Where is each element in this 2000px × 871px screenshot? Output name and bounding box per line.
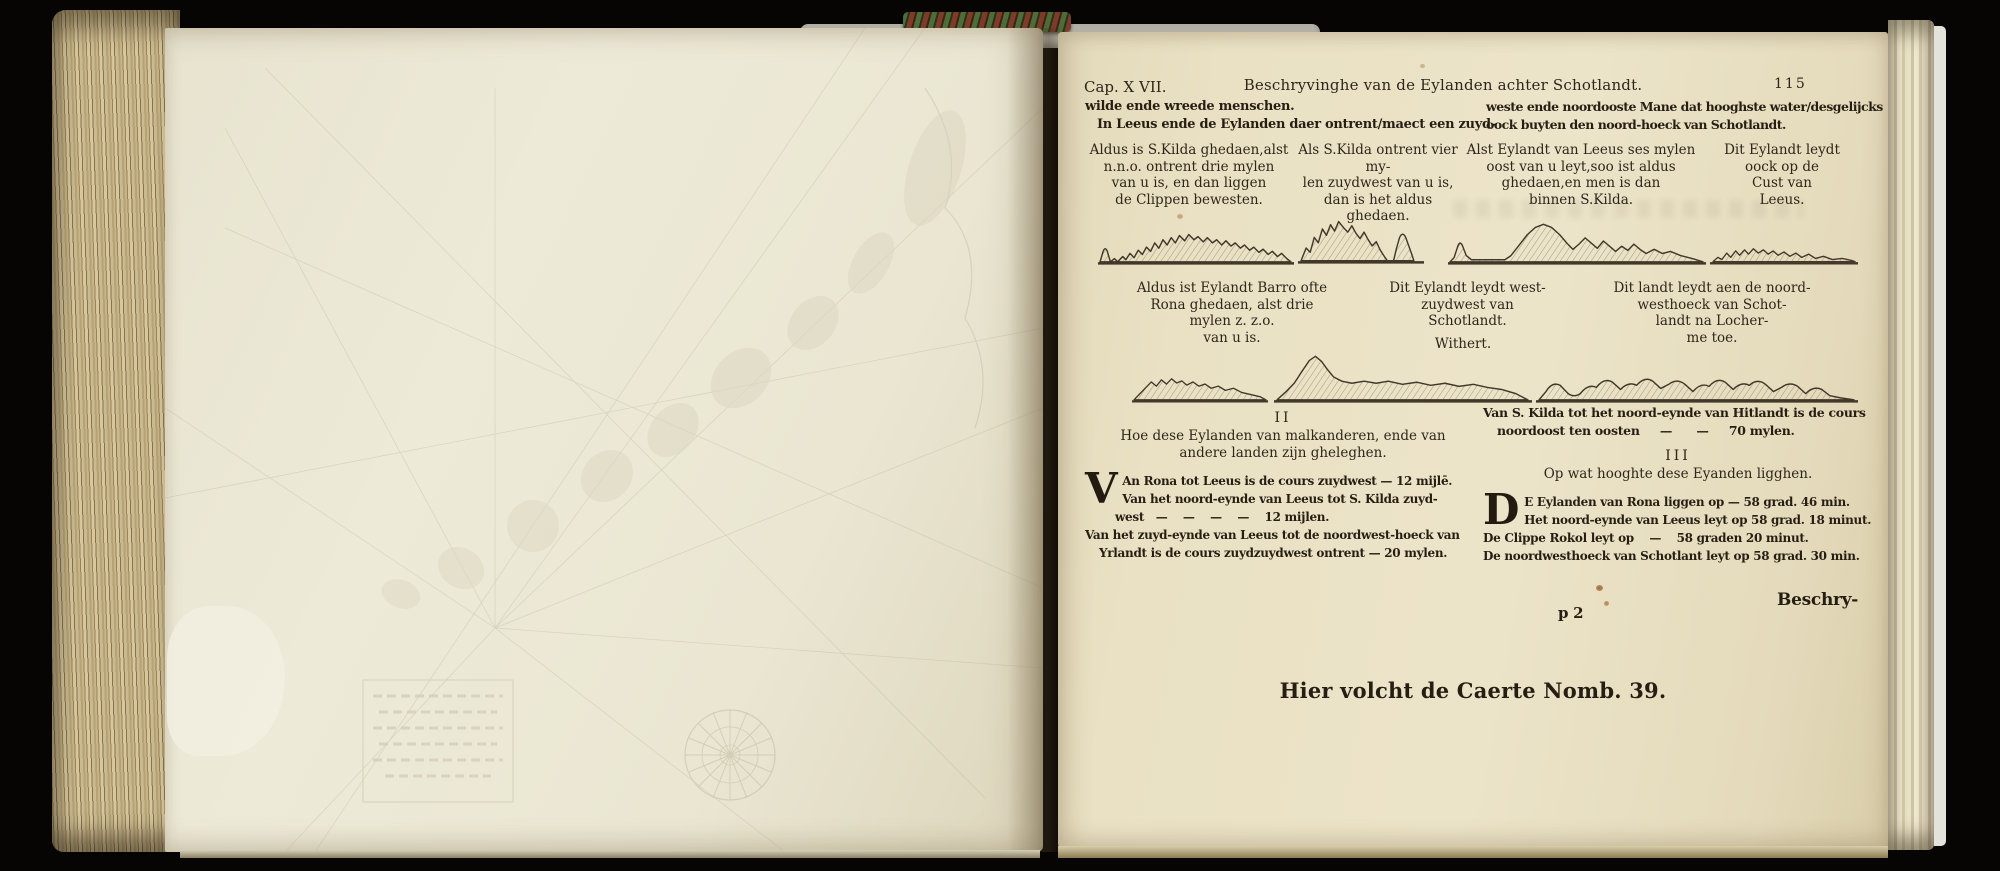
- profile-caption: Dit Eylandt leydt west- zuydwest van Sch…: [1380, 280, 1555, 330]
- section-2-heading-line: andere landen zijn gheleghen.: [1085, 445, 1481, 462]
- intro-line: oock buyten den noord-hoeck van Schotlan…: [1486, 116, 1866, 134]
- distance-line: Van S. Kilda tot het noord-eynde van Hit…: [1483, 404, 1873, 422]
- map-showthrough: [165, 28, 1043, 852]
- section-2-line: Van het noord-eynde van Leeus tot S. Kil…: [1085, 490, 1481, 508]
- caption-line: landt na Locher-: [1598, 313, 1826, 330]
- distance-line: noordoost ten oosten — — 70 mylen.: [1483, 422, 1873, 440]
- profile-caption: Alst Eylandt van Leeus ses mylen oost va…: [1456, 142, 1706, 208]
- caption-line: ghedaen,en men is dan: [1456, 175, 1706, 192]
- section-3-line: E Eylanden van Rona liggen op — 58 grad.…: [1483, 493, 1873, 511]
- section-2-dropcap: V: [1085, 472, 1117, 506]
- caption-line: Rona ghedaen, alst drie: [1118, 297, 1346, 314]
- coastal-profile-wsw-schotlandt: [1274, 348, 1532, 404]
- cover-right-edge: [1934, 26, 1946, 846]
- section-2-number: II: [1085, 410, 1481, 426]
- section-2-line: Van het zuyd-eynde van Leeus tot de noor…: [1085, 526, 1481, 544]
- caption-line: van u is, en dan liggen: [1083, 175, 1295, 192]
- caption-line: Aldus is S.Kilda ghedaen,alst: [1083, 142, 1295, 159]
- section-2: II Hoe dese Eylanden van malkanderen, en…: [1085, 410, 1481, 562]
- section-3-body: D E Eylanden van Rona liggen op — 58 gra…: [1483, 493, 1873, 565]
- caption-line: Schotlandt.: [1380, 313, 1555, 330]
- cartouche-showthrough: [363, 680, 513, 802]
- section-3-dropcap: D: [1483, 493, 1519, 527]
- caption-line: oost van u leyt,soo ist aldus: [1456, 159, 1706, 176]
- running-title: Beschryvinghe van de Eylanden achter Sch…: [1208, 76, 1678, 94]
- coastal-profile-st-kilda-nno: [1098, 224, 1294, 266]
- intro-line: In Leeus ende de Eylanden daer ontrent/m…: [1085, 116, 1485, 134]
- coastal-profile-st-kilda-sw: [1298, 212, 1424, 265]
- caption-line: westhoeck van Schot-: [1598, 297, 1826, 314]
- chapter-label: Cap. X VII.: [1084, 78, 1166, 96]
- coastal-profile-locherme: [1536, 350, 1858, 404]
- stain-dot: [1177, 214, 1183, 219]
- coastal-profile-leeus-coast: [1710, 238, 1858, 266]
- caption-line: zuydwest van: [1380, 297, 1555, 314]
- island-chain-showthrough: [377, 103, 978, 614]
- page-number: 115: [1774, 76, 1807, 92]
- section-2-body: V An Rona tot Leeus is de cours zuydwest…: [1085, 472, 1481, 562]
- caption-line: Cust van: [1706, 175, 1858, 192]
- caption-line: Als S.Kilda ontrent vier my-: [1298, 142, 1458, 175]
- left-foredge-page-stack: [52, 10, 180, 852]
- book-bottom-edge-left: [180, 850, 1040, 858]
- signature-mark: p 2: [1558, 604, 1583, 622]
- caption-line: len zuydwest van u is,: [1298, 175, 1458, 192]
- caption-line: Aldus ist Eylandt Barro ofte: [1118, 280, 1346, 297]
- caption-line: Leeus.: [1706, 192, 1858, 209]
- caption-line: Dit Eylandt leydt: [1706, 142, 1858, 159]
- distance-lines: Van S. Kilda tot het noord-eynde van Hit…: [1483, 404, 1873, 440]
- caption-line: oock op de: [1706, 159, 1858, 176]
- caption-line: me toe.: [1598, 330, 1826, 347]
- profile-caption: Dit landt leydt aen de noord- westhoeck …: [1598, 280, 1826, 346]
- book-bottom-edge: [1058, 846, 1888, 858]
- caption-line: Alst Eylandt van Leeus ses mylen: [1456, 142, 1706, 159]
- intro-line: weste ende noordooste Mane dat hooghste …: [1486, 98, 1866, 116]
- intro-column-right: weste ende noordooste Mane dat hooghste …: [1486, 98, 1866, 134]
- section-3-line: De Clippe Rokol leyt op — 58 graden 20 m…: [1483, 529, 1873, 547]
- section-3-line: Het noord-eynde van Leeus leyt op 58 gra…: [1483, 511, 1873, 529]
- caption-line: mylen z. z.o.: [1118, 313, 1346, 330]
- caption-line: dan is het aldus: [1298, 192, 1458, 209]
- caption-line: van u is.: [1118, 330, 1346, 347]
- right-foredge-page-stack: [1888, 20, 1934, 850]
- section-3-heading: Op wat hooghte dese Eyanden ligghen.: [1483, 466, 1873, 483]
- coastal-profile-leeus-east: [1448, 216, 1706, 266]
- section-2-line: An Rona tot Leeus is de cours zuydwest —…: [1085, 472, 1481, 490]
- intro-line: wilde ende wreede menschen.: [1085, 98, 1485, 116]
- caption-line: Dit landt leydt aen de noord-: [1598, 280, 1826, 297]
- stain-dot: [1596, 585, 1603, 591]
- gutter-shadow: [1008, 28, 1060, 852]
- catchword: Beschry-: [1738, 590, 1858, 610]
- compass-rose-showthrough: [685, 710, 775, 800]
- rhumb-lines: [165, 28, 1043, 852]
- caption-line: Dit Eylandt leydt west-: [1380, 280, 1555, 297]
- map-instruction: Hier volcht de Caerte Nomb. 39.: [1258, 678, 1688, 703]
- section-3-line: De noordwesthoeck van Schotlant leyt op …: [1483, 547, 1873, 565]
- section-3-column: Van S. Kilda tot het noord-eynde van Hit…: [1483, 404, 1873, 565]
- profile-caption: Aldus is S.Kilda ghedaen,alst n.n.o. ont…: [1083, 142, 1295, 208]
- coastal-profile-barro-rona: [1132, 362, 1268, 404]
- caption-line: n.n.o. ontrent drie mylen: [1083, 159, 1295, 176]
- caption-line: binnen S.Kilda.: [1456, 192, 1706, 209]
- stain-dot: [1604, 601, 1609, 606]
- caption-line: de Clippen bewesten.: [1083, 192, 1295, 209]
- right-page: Cap. X VII. Beschryvinghe van de Eylande…: [1058, 32, 1888, 848]
- book-photo: Cap. X VII. Beschryvinghe van de Eylande…: [0, 0, 2000, 871]
- section-2-heading-line: Hoe dese Eylanden van malkanderen, ende …: [1085, 428, 1481, 445]
- section-2-line: west — — — — 12 mijlen.: [1085, 508, 1481, 526]
- left-page: [165, 28, 1043, 852]
- profile-caption: Dit Eylandt leydt oock op de Cust van Le…: [1706, 142, 1858, 208]
- stain-dot: [1420, 64, 1425, 68]
- intro-column-left: wilde ende wreede menschen. In Leeus end…: [1085, 98, 1485, 134]
- profile-caption: Aldus ist Eylandt Barro ofte Rona ghedae…: [1118, 280, 1346, 346]
- section-2-line: Yrlandt is de cours zuydzuydwest ontrent…: [1085, 544, 1481, 562]
- section-3-number: III: [1483, 448, 1873, 464]
